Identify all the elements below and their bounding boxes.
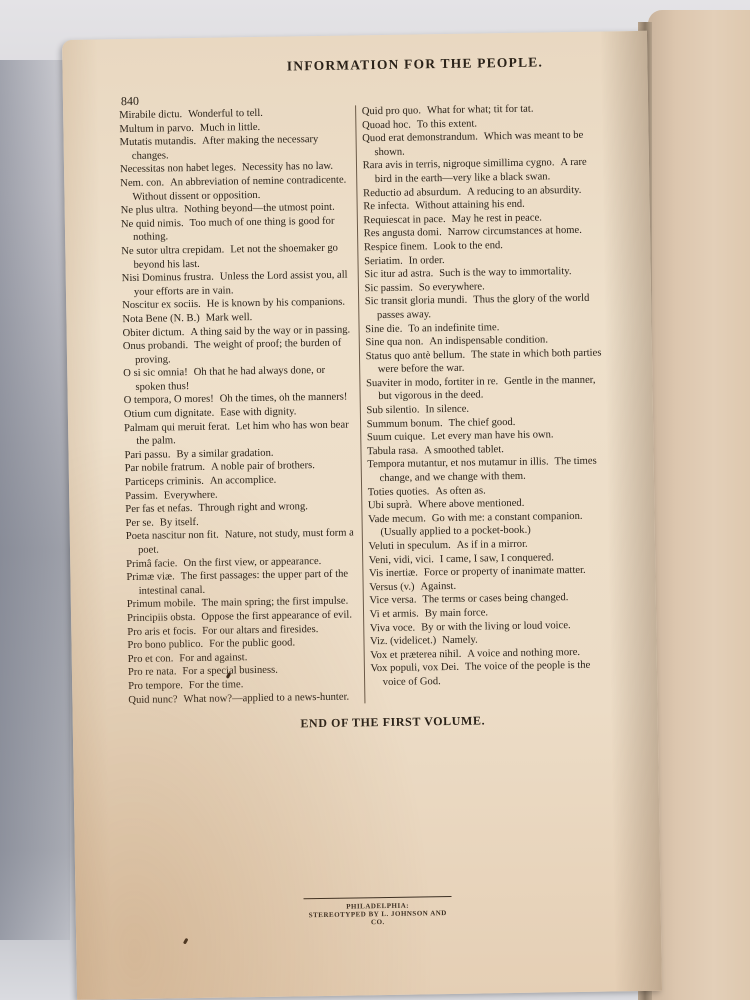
english-translation: Narrow circumstances at home. xyxy=(448,225,582,238)
english-translation: I came, I saw, I conquered. xyxy=(440,552,554,565)
latin-phrase: Pro re nata. xyxy=(128,667,177,679)
english-translation: For the public good. xyxy=(209,638,295,650)
latin-phrase: Vox et præterea nihil. xyxy=(370,649,461,661)
latin-phrase: Quid nunc? xyxy=(128,694,177,706)
glossary-entry: Ne sutor ultra crepidam.Let not the shoe… xyxy=(121,241,351,272)
latin-phrase: Ne quid nimis. xyxy=(121,218,184,230)
latin-phrase: Rara avis in terris, nigroque simillima … xyxy=(363,158,555,172)
english-translation: Nothing beyond—the utmost point. xyxy=(184,202,335,215)
english-translation: Oppose the first appearance of evil. xyxy=(201,609,352,622)
english-translation: On the first view, or appearance. xyxy=(183,556,321,569)
imprint: PHILADELPHIA: STEREOTYPED BY L. JOHNSON … xyxy=(304,896,452,927)
english-translation: Let every man have his own. xyxy=(431,430,554,443)
latin-phrase: Principiis obsta. xyxy=(127,612,195,624)
latin-phrase: Sub silentio. xyxy=(366,404,419,416)
english-translation: In silence. xyxy=(425,404,469,416)
latin-phrase: Tabula rasa. xyxy=(367,445,418,457)
facing-page-edge xyxy=(648,10,750,1000)
glossary-entry: Nisi Dominus frustra.Unless the Lord ass… xyxy=(122,269,352,300)
latin-phrase: Sine die. xyxy=(365,323,402,335)
latin-phrase: Multum in parvo. xyxy=(119,123,194,135)
latin-phrase: Suaviter in modo, fortiter in re. xyxy=(366,376,498,389)
english-translation: The terms or cases being changed. xyxy=(422,592,568,605)
imprint-printer: STEREOTYPED BY L. JOHNSON AND CO. xyxy=(304,909,452,927)
latin-phrase: Vi et armis. xyxy=(370,608,419,620)
running-head: INFORMATION FOR THE PEOPLE. xyxy=(62,53,647,78)
latin-phrase: Poeta nascitur non fit. xyxy=(126,530,219,542)
latin-phrase: Vis inertiæ. xyxy=(369,568,418,580)
english-translation: For a special business. xyxy=(182,665,278,677)
english-translation: Ease with dignity. xyxy=(220,406,296,418)
latin-phrase: Vice versa. xyxy=(369,595,416,607)
latin-phrase: Nisi Dominus frustra. xyxy=(122,272,214,284)
latin-phrase: Quod erat demonstrandum. xyxy=(362,132,478,145)
english-translation: By or with the living or loud voice. xyxy=(421,620,571,633)
latin-phrase: Summum bonum. xyxy=(367,418,443,430)
english-translation: To an indefinite time. xyxy=(408,322,499,334)
english-translation: For our altars and firesides. xyxy=(202,624,318,637)
english-translation: Mark well. xyxy=(206,312,253,324)
english-translation: A thing said by the way or in passing. xyxy=(190,324,350,338)
english-translation: A voice and nothing more. xyxy=(467,647,580,660)
latin-phrase: Ubi suprà. xyxy=(368,500,412,512)
latin-phrase: O tempora, O mores! xyxy=(124,394,214,406)
english-translation: An abbreviation of nemine contradicente.… xyxy=(132,175,346,203)
latin-phrase: Palmam qui meruit ferat. xyxy=(124,421,230,434)
latin-phrase: Veni, vidi, vici. xyxy=(369,554,434,566)
glossary-entry: Tempora mutantur, et nos mutamur in illi… xyxy=(367,455,605,486)
english-translation: Against. xyxy=(420,581,456,593)
english-translation: So everywhere. xyxy=(419,281,485,293)
glossary-entry: Poeta nascitur non fit.Nature, not study… xyxy=(126,527,356,558)
english-translation: Such is the way to immortality. xyxy=(439,266,571,279)
glossary-columns: Mirabile dictu.Wonderful to tell.Multum … xyxy=(119,102,608,708)
latin-phrase: Primæ viæ. xyxy=(126,571,174,583)
latin-phrase: Toties quoties. xyxy=(368,486,430,498)
latin-phrase: Otium cum dignitate. xyxy=(124,408,214,420)
glossary-entry: Mutatis mutandis.After making the necess… xyxy=(120,133,350,164)
latin-phrase: Pari passu. xyxy=(124,449,170,461)
english-translation: He is known by his companions. xyxy=(207,297,345,310)
latin-phrase: Mutatis mutandis. xyxy=(120,136,197,148)
latin-phrase: Passim. xyxy=(125,490,158,502)
english-translation: The chief good. xyxy=(449,417,516,429)
english-translation: Force or property of inanimate matter. xyxy=(424,565,586,579)
latin-phrase: Tempora mutantur, et nos mutamur in illi… xyxy=(367,457,548,471)
latin-phrase: Suum cuique. xyxy=(367,432,425,444)
english-translation: Through right and wrong. xyxy=(198,501,308,514)
glossary-entry: Vox populi, vox Dei.The voice of the peo… xyxy=(370,659,608,690)
english-translation: What for what; tit for tat. xyxy=(427,104,534,117)
latin-phrase: Seriatim. xyxy=(364,255,403,267)
english-translation: Wonderful to tell. xyxy=(188,108,263,120)
latin-phrase: Requiescat in pace. xyxy=(363,214,445,226)
latin-phrase: Nem. con. xyxy=(120,177,164,189)
latin-phrase: Viz. (videlicet.) xyxy=(370,635,436,647)
latin-phrase: Vade mecum. xyxy=(368,513,426,525)
latin-phrase: Ne plus ultra. xyxy=(121,204,179,216)
latin-phrase: Onus probandi. xyxy=(123,340,188,352)
english-translation: An indispensable condition. xyxy=(429,334,548,347)
glossary-entry: O si sic omnia!Oh that he had always don… xyxy=(123,364,353,395)
book-page: INFORMATION FOR THE PEOPLE. 840 Mirabile… xyxy=(62,31,662,1000)
latin-phrase: Sic itur ad astra. xyxy=(364,268,433,280)
latin-phrase: Mirabile dictu. xyxy=(119,109,182,121)
latin-phrase: O si sic omnia! xyxy=(123,367,188,379)
glossary-entry: Onus probandi.The weight of proof; the b… xyxy=(123,337,353,368)
english-translation: A noble pair of brothers. xyxy=(211,461,315,474)
glossary-entry: Primæ viæ.The first passages: the upper … xyxy=(126,568,356,599)
glossary-entry: Palmam qui meruit ferat.Let him who has … xyxy=(124,418,354,449)
latin-phrase: Obiter dictum. xyxy=(123,327,185,339)
glossary-entry: Ne quid nimis.Too much of one thing is g… xyxy=(121,214,351,245)
english-translation: To this extent. xyxy=(417,118,477,130)
latin-phrase: Vox populi, vox Dei. xyxy=(370,662,459,674)
english-translation: Look to the end. xyxy=(433,240,503,252)
english-translation: For and against. xyxy=(179,652,247,664)
english-translation: In order. xyxy=(409,255,445,267)
latin-phrase: Nota Bene (N. B.) xyxy=(122,313,200,325)
latin-phrase: Per fas et nefas. xyxy=(125,503,192,515)
english-translation: As if in a mirror. xyxy=(457,539,528,551)
end-of-volume-title: END OF THE FIRST VOLUME. xyxy=(73,711,658,735)
paper-speck xyxy=(183,938,189,945)
english-translation: A smoothed tablet. xyxy=(424,444,504,456)
english-translation: Without attaining his end. xyxy=(415,199,525,212)
latin-phrase: Re infecta. xyxy=(363,201,409,213)
latin-phrase: Status quo antè bellum. xyxy=(366,349,466,362)
glossary-entry: Quod erat demonstrandum.Which was meant … xyxy=(362,129,600,160)
english-translation: As often as. xyxy=(435,485,485,497)
latin-phrase: Reductio ad absurdum. xyxy=(363,186,461,199)
glossary-entry: Suaviter in modo, fortiter in re.Gentle … xyxy=(366,373,604,404)
latin-phrase: Versus (v.) xyxy=(369,581,414,593)
glossary-entry: Nem. con.An abbreviation of nemine contr… xyxy=(120,173,350,204)
glossary-entry: Vade mecum.Go with me: a constant compan… xyxy=(368,509,606,540)
latin-phrase: Necessitas non habet leges. xyxy=(120,163,236,176)
glossary-entry: Quid nunc?What now?—applied to a news-hu… xyxy=(128,690,358,707)
latin-phrase: Ne sutor ultra crepidam. xyxy=(121,244,224,257)
english-translation: May he rest in peace. xyxy=(451,212,541,224)
english-translation: Necessity has no law. xyxy=(242,161,333,173)
latin-phrase: Primum mobile. xyxy=(127,598,196,610)
latin-phrase: Res angusta domi. xyxy=(364,227,442,239)
latin-phrase: Sic passim. xyxy=(364,282,412,294)
english-translation: An accomplice. xyxy=(210,475,277,487)
glossary-entry: Sic transit gloria mundi.Thus the glory … xyxy=(365,292,603,323)
latin-phrase: Quid pro quo. xyxy=(362,105,421,117)
latin-phrase: Per se. xyxy=(126,517,154,528)
english-translation: The main spring; the first impulse. xyxy=(202,596,349,609)
english-translation: By itself. xyxy=(160,517,199,529)
english-translation: A reducing to an absurdity. xyxy=(467,184,582,197)
latin-phrase: Viva voce. xyxy=(370,622,415,634)
latin-phrase: Pro et con. xyxy=(128,653,174,665)
english-translation: Everywhere. xyxy=(164,489,218,501)
latin-phrase: Par nobile fratrum. xyxy=(125,462,205,474)
english-translation: By a similar gradation. xyxy=(176,448,273,461)
background-shadow xyxy=(0,60,70,940)
english-translation: Namely. xyxy=(442,635,478,647)
english-translation: What now?—applied to a news-hunter. xyxy=(183,691,349,705)
english-translation: For the time. xyxy=(189,679,244,691)
latin-phrase: Particeps criminis. xyxy=(125,476,204,488)
latin-phrase: Quoad hoc. xyxy=(362,119,411,131)
latin-phrase: Primâ facie. xyxy=(126,558,177,570)
latin-phrase: Respice finem. xyxy=(364,241,428,253)
glossary-entry: Status quo antè bellum.The state in whic… xyxy=(366,346,604,377)
english-translation: Much in little. xyxy=(200,121,260,133)
english-translation: Where above mentioned. xyxy=(418,498,524,511)
latin-phrase: Pro tempore. xyxy=(128,680,183,692)
page-number: 840 xyxy=(121,94,139,109)
latin-phrase: Noscitur ex sociis. xyxy=(122,299,201,311)
latin-phrase: Sine qua non. xyxy=(365,336,423,348)
english-translation: Oh the times, oh the manners! xyxy=(220,392,348,405)
latin-phrase: Veluti in speculum. xyxy=(369,540,451,552)
latin-phrase: Pro bono publico. xyxy=(127,639,203,651)
imprint-rule xyxy=(304,896,452,899)
glossary-entry: Rara avis in terris, nigroque simillima … xyxy=(363,156,601,187)
latin-phrase: Sic transit gloria mundi. xyxy=(365,295,468,308)
left-column: Mirabile dictu.Wonderful to tell.Multum … xyxy=(119,105,365,707)
right-column: Quid pro quo.What for what; tit for tat.… xyxy=(356,102,609,704)
latin-phrase: Pro aris et focis. xyxy=(127,626,196,638)
english-translation: By main force. xyxy=(425,607,488,619)
